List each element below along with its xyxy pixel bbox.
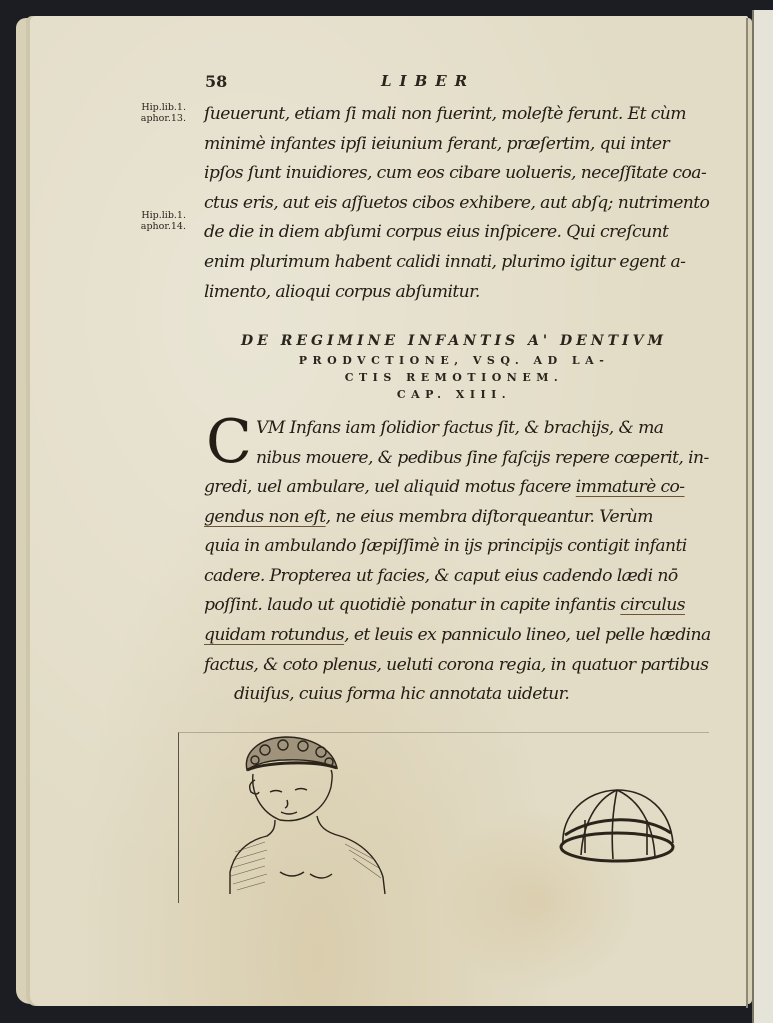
text-line: limento, alioqui corpus abſumitur. xyxy=(204,278,704,308)
page-header: 58 LIBER xyxy=(205,72,705,96)
paragraph-2-indent: VM Infans iam ſolidior factus ſit, & bra… xyxy=(256,414,706,473)
chapter-number: CAP. XIII. xyxy=(204,386,704,403)
padded-cap-woodcut-icon xyxy=(555,785,680,865)
paragraph-1: ſueuerunt, etiam ſi mali non fuerint, mo… xyxy=(204,100,704,307)
text-line: cadere. Propterea ut facies, & caput eiu… xyxy=(204,562,704,592)
chapter-title-line-3: CTIS REMOTIONEM. xyxy=(204,369,704,386)
chapter-title-line-2: PRODVCTIONE, VSQ. AD LA- xyxy=(204,352,704,369)
text-line: poſſint. laudo ut quotidiè ponatur in ca… xyxy=(204,591,704,621)
running-title: LIBER xyxy=(381,72,475,90)
text-line: VM Infans iam ſolidior factus ſit, & bra… xyxy=(256,414,706,444)
text-line: gredi, uel ambulare, uel aliquid motus f… xyxy=(204,473,704,503)
text-line: quidam rotundus, et leuis ex panniculo l… xyxy=(204,621,704,651)
text-line: factus, & coto plenus, ueluti corona reg… xyxy=(204,651,704,681)
paragraph-2: gredi, uel ambulare, uel aliquid motus f… xyxy=(204,473,704,710)
underlined-text: gendus non eſt xyxy=(204,507,326,527)
text-line: quia in ambulando ſæpiſſimè in ijs princ… xyxy=(204,532,704,562)
margin-note-line: Hip.lib.1. xyxy=(126,210,186,221)
margin-note-1: Hip.lib.1. aphor.13. xyxy=(126,102,186,124)
underlined-text: quidam rotundus xyxy=(204,625,344,645)
underlined-text: circulus xyxy=(620,595,685,615)
margin-note-line: aphor.13. xyxy=(126,113,186,124)
text-span: cadere. Propterea ut facies, & caput eiu… xyxy=(204,566,678,586)
chapter-title-line-1: DE REGIMINE INFANTIS A' DENTIVM xyxy=(204,330,704,352)
text-line: gendus non eſt, ne eius membra diſtorque… xyxy=(204,503,704,533)
text-line: minimè infantes ipſi ieiunium ferant, pr… xyxy=(204,130,704,160)
text-span: , ne eius membra diſtorqueantur. Verùm xyxy=(326,507,653,527)
text-line: enim plurimum habent calidi innati, plur… xyxy=(204,248,704,278)
margin-note-line: aphor.14. xyxy=(126,221,186,232)
text-line: ſueuerunt, etiam ſi mali non fuerint, mo… xyxy=(204,100,704,130)
text-line: nibus mouere, & pedibus ſine faſcijs rep… xyxy=(256,444,706,474)
chapter-heading: DE REGIMINE INFANTIS A' DENTIVM PRODVCTI… xyxy=(204,330,704,403)
text-line: de die in diem abſumi corpus eius inſpic… xyxy=(204,218,704,248)
underlined-text: immaturè co- xyxy=(576,477,685,497)
margin-note-2: Hip.lib.1. aphor.14. xyxy=(126,210,186,232)
text-span: nibus mouere, & pedibus ſine faſcijs rep… xyxy=(256,448,709,468)
text-line: diuiſus, cuius forma hic annotata uidetu… xyxy=(204,680,704,710)
drop-cap: C xyxy=(206,414,252,470)
infant-woodcut-icon xyxy=(225,732,390,897)
text-line: ipſos ſunt inuidiores, cum eos cibare uo… xyxy=(204,159,704,189)
text-span: factus, & coto plenus, ueluti corona reg… xyxy=(204,655,708,675)
text-span: diuiſus, cuius forma hic annotata uidetu… xyxy=(234,684,569,704)
text-line: ctus eris, aut eis aſſuetos cibos exhibe… xyxy=(204,189,704,219)
text-span: VM Infans iam ſolidior factus ſit, & bra… xyxy=(256,418,663,438)
margin-note-line: Hip.lib.1. xyxy=(126,102,186,113)
page-number: 58 xyxy=(205,72,227,91)
text-span: quia in ambulando ſæpiſſimè in ijs princ… xyxy=(204,536,687,556)
text-span: gredi, uel ambulare, uel aliquid motus f… xyxy=(204,477,576,497)
facing-page-edge xyxy=(752,10,773,1023)
gutter xyxy=(746,18,748,1008)
text-span: poſſint. laudo ut quotidiè ponatur in ca… xyxy=(204,595,620,615)
text-span: , et leuis ex panniculo lineo, uel pelle… xyxy=(344,625,711,645)
